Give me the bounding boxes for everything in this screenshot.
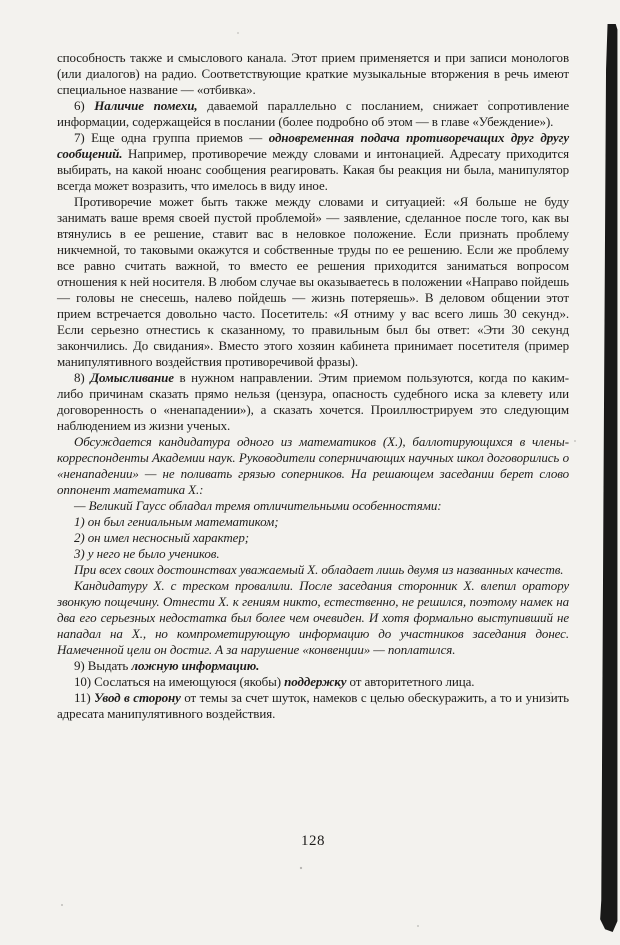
text-run: от авторитетного лица. [346, 674, 474, 689]
scanned-book-page: способность также и смыслового канала. Э… [0, 0, 620, 945]
paragraph: 9) Выдать ложную информацию. [57, 658, 569, 674]
text-run: 3) у него не было учеников. [74, 546, 220, 561]
text-run: Например, противоречие между словами и и… [57, 146, 569, 193]
text-run: При всех своих достоинствах уважаемый X.… [74, 562, 563, 577]
paragraph: Обсуждается кандидатура одного из матема… [57, 434, 569, 498]
text-block: способность также и смыслового канала. Э… [57, 50, 569, 722]
paragraph: 3) у него не было учеников. [57, 546, 569, 562]
paragraph: Противоречие может быть также между слов… [57, 194, 569, 370]
paragraph: При всех своих достоинствах уважаемый X.… [57, 562, 569, 578]
text-run: Наличие помехи, [94, 98, 197, 113]
text-run: Обсуждается кандидатура одного из матема… [57, 434, 569, 497]
paragraph: Кандидатуру X. с треском провалили. Посл… [57, 578, 569, 658]
paragraph: 10) Сослаться на имеющуюся (якобы) подде… [57, 674, 569, 690]
paragraph: 6) Наличие помехи, даваемой параллельно … [57, 98, 569, 130]
text-run: Увод в сторону [94, 690, 181, 705]
paragraph: способность также и смыслового канала. Э… [57, 50, 569, 98]
page-number: 128 [57, 833, 569, 850]
text-run: поддержку [284, 674, 346, 689]
paragraph: 11) Увод в сторону от темы за счет шуток… [57, 690, 569, 722]
text-run: Домысливание [90, 370, 174, 385]
text-run: 11) [74, 690, 94, 705]
text-run: — Великий Гаусс обладал тремя отличитель… [74, 498, 442, 513]
text-run: 6) [74, 98, 94, 113]
text-run: 7) Еще одна группа приемов — [74, 130, 269, 145]
paragraph: 1) он был гениальным математиком; [57, 514, 569, 530]
text-run: ложную информацию. [131, 658, 259, 673]
paragraph: — Великий Гаусс обладал тремя отличитель… [57, 498, 569, 514]
text-run: 2) он имел несносный характер; [74, 530, 249, 545]
text-run: Противоречие может быть также между слов… [57, 194, 569, 369]
paragraph: 2) он имел несносный характер; [57, 530, 569, 546]
text-run: 10) Сослаться на имеющуюся (якобы) [74, 674, 284, 689]
text-run: способность также и смыслового канала. Э… [57, 50, 569, 97]
paragraph: 8) Домысливание в нужном направлении. Эт… [57, 370, 569, 434]
text-run: 1) он был гениальным математиком; [74, 514, 278, 529]
text-run: Кандидатуру X. с треском провалили. Посл… [57, 578, 569, 657]
text-run: 9) Выдать [74, 658, 131, 673]
text-run: 8) [74, 370, 90, 385]
scan-gutter-shadow [599, 24, 618, 932]
paragraph: 7) Еще одна группа приемов — одновременн… [57, 130, 569, 194]
